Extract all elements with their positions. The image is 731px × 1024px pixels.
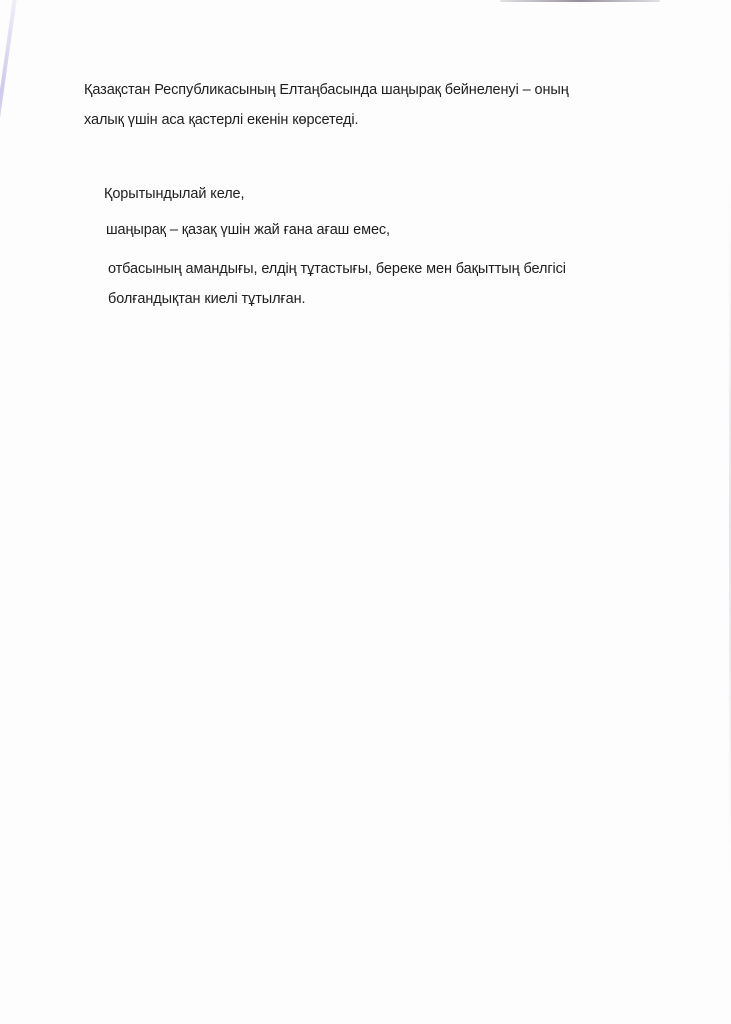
paragraph-line: халық үшін аса қастерлі екенін көрсетеді… (84, 105, 569, 135)
paragraph-line: Қазақстан Республикасының Елтаңбасында ш… (84, 75, 569, 105)
document-page: Қазақстан Республикасының Елтаңбасында ш… (0, 0, 731, 1024)
paragraph-emblem: Қазақстан Республикасының Елтаңбасында ш… (84, 75, 569, 135)
scan-edge-artifact (0, 0, 18, 189)
paragraph-line: отбасының амандығы, елдің тұтастығы, бер… (108, 254, 566, 284)
paragraph-line: болғандықтан киелі тұтылған. (108, 284, 566, 314)
paragraph-meaning: отбасының амандығы, елдің тұтастығы, бер… (108, 254, 566, 314)
conclusion-intro: Қорытындылай келе, (104, 179, 244, 209)
scan-top-shadow (500, 0, 660, 2)
paragraph-shanyrak: шаңырақ – қазақ үшін жай ғана ағаш емес, (106, 215, 390, 245)
